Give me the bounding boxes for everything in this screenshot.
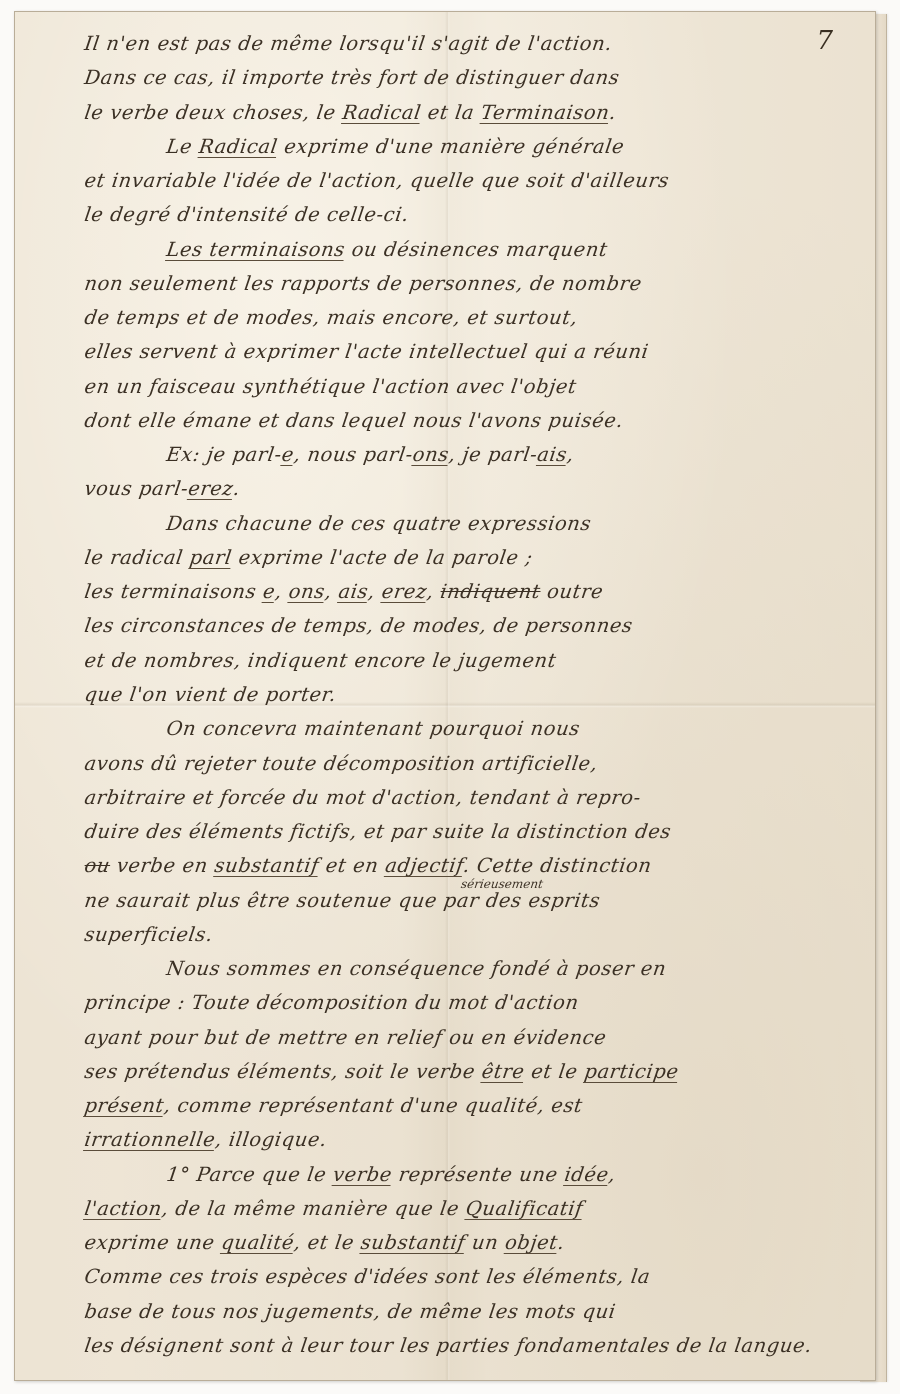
- text-segment: et la: [419, 101, 482, 124]
- text-segment: et le: [523, 1060, 586, 1083]
- manuscript-line: Dans ce cas, il importe très fort de dis…: [83, 66, 621, 89]
- manuscript-line: et de nombres, indiquent encore le jugem…: [83, 649, 558, 672]
- text-segment: vous parl-: [83, 477, 190, 500]
- underlined-word: erez: [187, 477, 235, 500]
- manuscript-text: Il n'en est pas de même lorsqu'il s'agit…: [15, 12, 875, 1380]
- text-segment: verbe en: [109, 854, 217, 877]
- underlined-word: substantif: [213, 854, 321, 877]
- text-segment: Ex: je parl-: [165, 443, 283, 466]
- text-segment: , comme représentant d'une qualité, est: [163, 1094, 585, 1117]
- manuscript-line: 1° Parce que le verbe représente une idé…: [165, 1163, 617, 1186]
- text-segment: le radical: [83, 546, 191, 569]
- underlined-word: Les terminaisons: [165, 238, 347, 261]
- text-segment: , nous parl-: [292, 443, 414, 466]
- interlinear-insertion: sérieusement: [460, 877, 544, 891]
- manuscript-line: Les terminaisons ou désinences marquent: [165, 238, 609, 261]
- manuscript-line: le radical parl exprime l'acte de la par…: [83, 546, 534, 569]
- text-segment: représente une: [390, 1163, 566, 1186]
- manuscript-line: présent, comme représentant d'une qualit…: [83, 1094, 584, 1117]
- text-segment: exprime une: [83, 1231, 223, 1254]
- manuscript-line: que l'on vient de porter.: [83, 683, 338, 706]
- underlined-word: l'action: [83, 1197, 164, 1220]
- underlined-word: substantif: [359, 1231, 467, 1254]
- manuscript-line: les terminaisons e, ons, ais, erez, indi…: [83, 580, 605, 603]
- underlined-word: irrationnelle: [83, 1128, 217, 1151]
- underlined-word: ons: [411, 443, 450, 466]
- underlined-word: Radical: [198, 135, 280, 158]
- text-segment: ,: [607, 1163, 617, 1186]
- manuscript-line: ses prétendus éléments, soit le verbe êt…: [83, 1060, 680, 1083]
- manuscript-line: en un faisceau synthétique l'action avec…: [83, 375, 578, 398]
- text-segment: exprime d'une manière générale: [276, 135, 626, 158]
- manuscript-line: Comme ces trois espèces d'idées sont les…: [83, 1265, 652, 1288]
- manuscript-page: 7 Il n'en est pas de même lorsqu'il s'ag…: [14, 11, 876, 1381]
- text-segment: , je parl-: [447, 443, 539, 466]
- scanned-document: 7 Il n'en est pas de même lorsqu'il s'ag…: [0, 0, 900, 1394]
- manuscript-line: dont elle émane et dans lequel nous l'av…: [83, 409, 625, 432]
- manuscript-line: Ex: je parl-e, nous parl-ons, je parl-ai…: [165, 443, 576, 466]
- underlined-word: participe: [583, 1060, 680, 1083]
- manuscript-line: le degré d'intensité de celle-ci.: [83, 203, 411, 226]
- text-segment: le verbe deux choses, le: [83, 101, 344, 124]
- underlined-word: adjectif: [384, 854, 465, 877]
- underlined-word: ons: [287, 580, 326, 603]
- manuscript-line: l'action, de la même manière que le Qual…: [83, 1197, 585, 1220]
- manuscript-line: arbitraire et forcée du mot d'action, te…: [83, 786, 643, 809]
- underlined-word: ais: [337, 580, 370, 603]
- manuscript-line: ne saurait plus être soutenue que par de…: [83, 889, 602, 912]
- manuscript-line: Dans chacune de ces quatre expressions: [165, 512, 593, 535]
- manuscript-line: ayant pour but de mettre en relief ou en…: [83, 1026, 608, 1049]
- underlined-word: verbe: [332, 1163, 394, 1186]
- manuscript-line: elles servent à exprimer l'acte intellec…: [83, 340, 650, 363]
- text-segment: , illogique.: [214, 1128, 329, 1151]
- manuscript-line: de temps et de modes, mais encore, et su…: [83, 306, 579, 329]
- manuscript-line: avons dû rejeter toute décomposition art…: [83, 752, 599, 775]
- text-segment: un: [464, 1231, 507, 1254]
- underlined-word: Radical: [341, 101, 423, 124]
- manuscript-line: Le Radical exprime d'une manière général…: [165, 135, 626, 158]
- manuscript-line: et invariable l'idée de l'action, quelle…: [83, 169, 671, 192]
- manuscript-line: principe : Toute décomposition du mot d'…: [83, 991, 580, 1014]
- manuscript-line: superficiels.: [83, 923, 215, 946]
- text-segment: Le: [165, 135, 201, 158]
- manuscript-line: duire des éléments fictifs, et par suite…: [83, 820, 673, 843]
- underlined-word: présent: [83, 1094, 166, 1117]
- manuscript-line: On concevra maintenant pourquoi nous: [165, 717, 582, 740]
- manuscript-line: les circonstances de temps, de modes, de…: [83, 614, 634, 637]
- manuscript-line: irrationnelle, illogique.: [83, 1128, 329, 1151]
- manuscript-line: Nous sommes en conséquence fondé à poser…: [165, 957, 668, 980]
- text-segment: , de la même manière que le: [160, 1197, 467, 1220]
- underlined-word: erez: [380, 580, 428, 603]
- underlined-word: Terminaison: [480, 101, 612, 124]
- manuscript-line: base de tous nos jugements, de même les …: [83, 1300, 617, 1323]
- text-segment: ses prétendus éléments, soit le verbe: [83, 1060, 484, 1083]
- manuscript-line: les désignent sont à leur tour les parti…: [83, 1334, 814, 1357]
- underlined-word: idée: [563, 1163, 610, 1186]
- underlined-word: qualité: [220, 1231, 296, 1254]
- text-segment: ou désinences marquent: [343, 238, 609, 261]
- manuscript-line: le verbe deux choses, le Radical et la T…: [83, 101, 618, 124]
- text-segment: 1° Parce que le: [165, 1163, 335, 1186]
- text-segment: les terminaisons: [83, 580, 265, 603]
- underlined-word: ais: [536, 443, 569, 466]
- underlined-word: Qualificatif: [464, 1197, 584, 1220]
- text-segment: , et le: [293, 1231, 363, 1254]
- manuscript-line: ou verbe en substantif et en adjectif. C…: [83, 854, 653, 877]
- underlined-word: objet: [504, 1231, 560, 1254]
- manuscript-line: non seulement les rapports de personnes,…: [83, 272, 644, 295]
- manuscript-line: Il n'en est pas de même lorsqu'il s'agit…: [83, 32, 614, 55]
- underlined-word: parl: [188, 546, 233, 569]
- manuscript-line: exprime une qualité, et le substantif un…: [83, 1231, 566, 1254]
- text-segment: exprime l'acte de la parole ;: [230, 546, 534, 569]
- underlined-word: être: [480, 1060, 526, 1083]
- text-segment: . Cette distinction: [462, 854, 654, 877]
- manuscript-line: vous parl-erez.: [83, 477, 242, 500]
- text-segment: outre: [539, 580, 605, 603]
- text-segment: et en: [317, 854, 387, 877]
- struck-out-word: ou: [83, 854, 112, 877]
- struck-out-word: indiquent: [439, 580, 542, 603]
- text-segment: .: [556, 1231, 566, 1254]
